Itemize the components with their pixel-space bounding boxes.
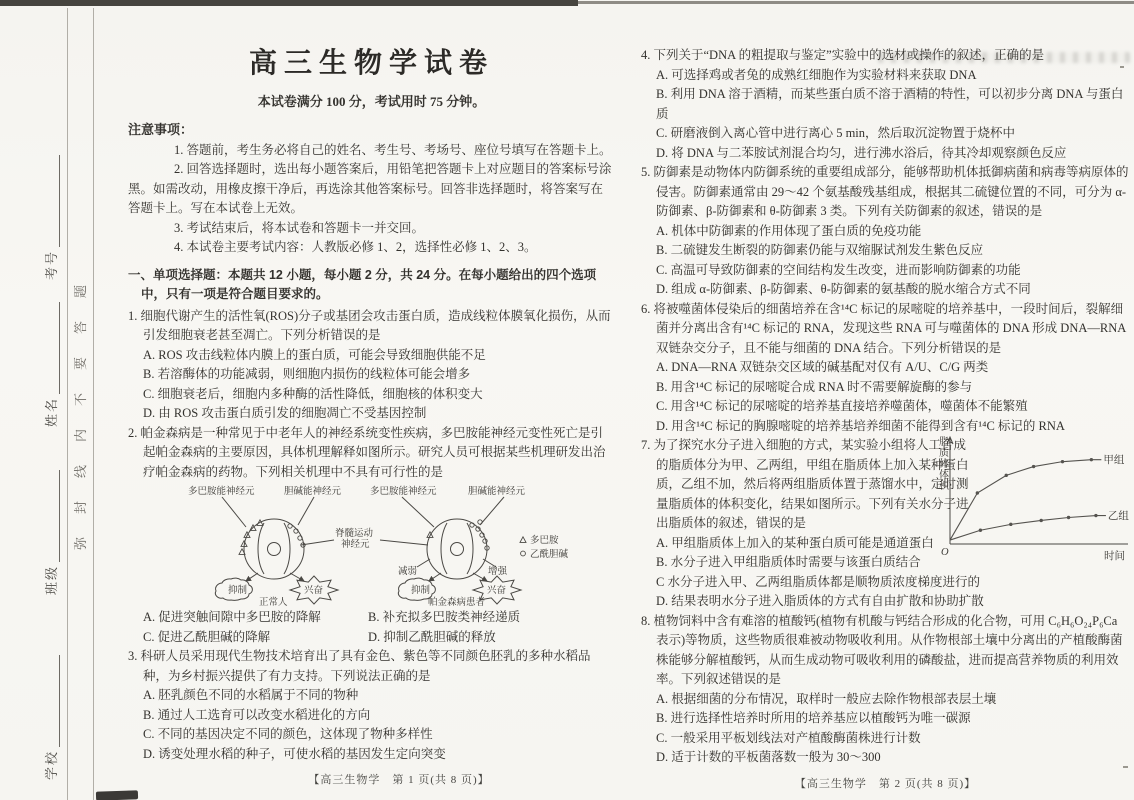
question-6-option-c: C. 用含¹⁴C 标记的尿嘧啶的培养基直接培养噬菌体，噬菌体不能繁殖 [641, 397, 1130, 417]
question-2-option-a: A. 促进突触间隙中多巴胺的降解 [143, 608, 368, 628]
field-exam-number-blank [47, 155, 60, 247]
question-1: 1. 细胞代谢产生的活性氧(ROS)分子或基团会攻击蛋白质，造成线粒体膜氧化损伤… [128, 307, 615, 424]
question-4-option-a: A. 可选择鸡或者兔的成熟红细胞作为实验材料来获取 DNA [641, 66, 1130, 86]
question-4-option-d: D. 将 DNA 与二苯胺试剂混合均匀，进行沸水浴后，待其冷却观察颜色反应 [641, 144, 1130, 164]
diagram-label-inhibit-left: 抑制 [228, 584, 247, 596]
question-8-stem: 8. 植物饲料中含有难溶的植酸钙(植物有机酸与钙结合形成的化合物，可用 C₆H₆… [641, 612, 1130, 690]
diagram-label-cholinergic-neuron-left: 胆碱能神经元 [284, 485, 342, 497]
exam-title: 高三生物学试卷 [128, 54, 615, 74]
diagram-label-inhibit-right: 抑制 [411, 584, 430, 596]
diagram-label-weaken: 减弱 [398, 565, 418, 577]
acetylcholine-markers [288, 520, 489, 550]
question-5-stem: 5. 防御素是动物体内防御系统的重要组成部分，能够帮助机体抵御病菌和病毒等病原体… [641, 163, 1130, 222]
question-5-option-a: A. 机体中防御素的作用体现了蛋白质的免疫功能 [641, 222, 1130, 242]
question-4-option-b: B. 利用 DNA 溶于酒精，而某些蛋白质不溶于酒精的特性，可以初步分离 DNA… [641, 85, 1130, 124]
diagram-label-spinal-motor-neuron-2: 神经元 [341, 538, 370, 550]
question-8: 8. 植物饲料中含有难溶的植酸钙(植物有机酸与钙结合形成的化合物，可用 C₆H₆… [641, 612, 1130, 768]
question-7: 脂质体体积 甲组 乙组 O 时间 7. 为了探究水分子进入细胞的方式，某实验小组… [641, 436, 1130, 612]
field-name-blank [47, 302, 60, 394]
q7-origin-label: O [941, 547, 949, 558]
question-2-option-c: C. 促进乙酰胆碱的降解 [143, 628, 368, 648]
seal-text: 弥封线内不要答题 [70, 262, 89, 550]
question-8-option-d: D. 适于计数的平板菌落数一般为 30～300 [641, 748, 1130, 768]
liposome-volume-chart: 甲组 乙组 O 时间 [932, 432, 1134, 564]
question-8-option-b: B. 进行选择性培养时所用的培养基应以植酸钙为唯一碳源 [641, 709, 1130, 729]
diagram-label-strengthen: 增强 [488, 565, 508, 577]
question-2-options: A. 促进突触间隙中多巴胺的降解 B. 补充拟多巴胺类神经递质 C. 促进乙酰胆… [128, 608, 615, 647]
section-heading: 一、单项选择题：本题共 12 小题，每小题 2 分，共 24 分。在每小题给出的… [128, 266, 615, 305]
diagram-label-dopaminergic-neuron-left: 多巴胺能神经元 [188, 485, 255, 497]
notice-item: 3. 考试结束后，将本试卷和答题卡一并交回。 [128, 219, 615, 239]
question-6: 6. 将被噬菌体侵染后的细菌培养在含¹⁴C 标记的尿嘧啶的培养基中，一段时间后，… [641, 300, 1130, 437]
diagram-legend-markers [520, 537, 526, 556]
exam-subtitle: 本试卷满分 100 分，考试用时 75 分钟。 [128, 92, 615, 112]
question-4-stem: 4. 下列关于“DNA 的粗提取与鉴定”实验中的选材或操作的叙述，正确的是 [641, 46, 1130, 66]
notice-heading: 注意事项： [128, 120, 615, 140]
question-7-stem: 7. 为了探究水分子进入细胞的方式，某实验小组将人工合成的脂质体分为甲、乙两组，… [641, 436, 975, 534]
scan-blot [96, 790, 138, 800]
question-7-option-c: C 水分子进入甲、乙两组脂质体都是顺物质浓度梯度进行的 [641, 573, 1130, 593]
question-2: 2. 帕金森病是一种常见于中老年人的神经系统变性疾病，多巴胺能神经元变性死亡是引… [128, 424, 615, 648]
question-3-option-c: C. 不同的基因决定不同的颜色，这体现了物种多样性 [128, 725, 615, 745]
question-3-option-b: B. 通过人工选育可以改变水稻进化的方向 [128, 706, 615, 726]
scan-edge-bar-light [578, 1, 1134, 4]
question-6-stem: 6. 将被噬菌体侵染后的细菌培养在含¹⁴C 标记的尿嘧啶的培养基中，一段时间后，… [641, 300, 1130, 359]
question-7-option-d: D. 结果表明水分子进入脂质体的方式有自由扩散和协助扩散 [641, 592, 1130, 612]
field-school-blank [47, 655, 60, 747]
question-2-option-b: B. 补充拟多巴胺类神经递质 [368, 608, 615, 628]
question-5-option-b: B. 二硫键发生断裂的防御素仍能与双缩脲试剂发生紫色反应 [641, 241, 1130, 261]
question-5-option-d: D. 组成 α-防御素、β-防御素、θ-防御素的氨基酸的脱水缩合方式不同 [641, 280, 1130, 300]
field-name-label: 姓名 [41, 397, 60, 427]
question-4-option-c: C. 研磨液倒入离心管中进行离心 5 min，然后取沉淀物置于烧杯中 [641, 124, 1130, 144]
q7-series-label-jia: 甲组 [1103, 454, 1125, 466]
exam-page-1: 高三生物学试卷 本试卷满分 100 分，考试用时 75 分钟。 注意事项： 1.… [128, 46, 615, 791]
diagram-label-excite-left: 兴奋 [304, 585, 324, 596]
field-school: 学校 [41, 655, 60, 780]
question-4: 4. 下列关于“DNA 的粗提取与鉴定”实验中的选材或操作的叙述，正确的是 A.… [641, 46, 1130, 163]
margin-student-fields: 考号 姓名 班级 学校 [37, 15, 67, 795]
question-6-option-a: A. DNA—RNA 双链杂交区域的碱基配对仅有 A/U、C/G 两类 [641, 358, 1130, 378]
question-3-stem: 3. 科研人员采用现代生物技术培育出了具有金色、紫色等不同颜色胚乳的多种水稻品种… [128, 647, 615, 686]
question-2-stem: 2. 帕金森病是一种常见于中老年人的神经系统变性疾病，多巴胺能神经元变性死亡是引… [128, 424, 615, 483]
q7-series-label-yi: 乙组 [1108, 510, 1129, 522]
question-3-option-a: A. 胚乳颜色不同的水稻属于不同的物种 [128, 686, 615, 706]
question-8-option-a: A. 根据细菌的分布情况，取样时一般应去除作物根部表层土壤 [641, 690, 1130, 710]
question-1-option-d: D. 由 ROS 攻击蛋白质引发的细胞凋亡不受基因控制 [128, 404, 615, 424]
field-exam-number: 考号 [41, 155, 60, 280]
question-5: 5. 防御素是动物体内防御系统的重要组成部分，能够帮助机体抵御病菌和病毒等病原体… [641, 163, 1130, 300]
diagram-legend-acetylcholine: 乙酰胆碱 [530, 548, 569, 560]
page-1-footer: 【高三生物学 第 1 页(共 8 页)】 [183, 771, 615, 791]
question-6-option-b: B. 用含¹⁴C 标记的尿嘧啶合成 RNA 时不需要解旋酶的参与 [641, 378, 1130, 398]
diagram-legend-dopamine: 多巴胺 [530, 534, 559, 546]
question-3: 3. 科研人员采用现代生物技术培育出了具有金色、紫色等不同颜色胚乳的多种水稻品种… [128, 647, 615, 764]
exam-page-2: 4. 下列关于“DNA 的粗提取与鉴定”实验中的选材或操作的叙述，正确的是 A.… [641, 46, 1130, 794]
field-class-label: 班级 [41, 565, 60, 595]
question-2-option-d: D. 抑制乙酰胆碱的释放 [368, 628, 615, 648]
field-name: 姓名 [41, 302, 60, 427]
q7-y-axis-label: 脂质体体积 [932, 436, 952, 491]
parkinson-mechanism-diagram: 多巴胺能神经元 胆碱能神经元 多巴胺能神经元 胆碱能神经元 脊髓运动 神经元 减… [174, 483, 574, 607]
field-exam-number-label: 考号 [41, 250, 60, 280]
question-5-option-c: C. 高温可导致防御素的空间结构发生改变，进而影响防御素的功能 [641, 261, 1130, 281]
notice-item: 4. 本试卷主要考试内容：人教版必修 1、2，选择性必修 1、2、3。 [128, 238, 615, 258]
field-school-label: 学校 [41, 750, 60, 780]
notice-item: 1. 答题前，考生务必将自己的姓名、考生号、考场号、座位号填写在答题卡上。 [128, 141, 615, 161]
diagram-label-cholinergic-neuron-right: 胆碱能神经元 [468, 485, 526, 497]
seal-strip: 弥封线内不要答题 [67, 15, 93, 795]
question-1-option-c: C. 细胞衰老后，细胞内多种酶的活性降低，细胞核的体积变大 [128, 385, 615, 405]
notice-item: 2. 回答选择题时，选出每小题答案后，用铅笔把答题卡上对应题目的答案标号涂黑。如… [128, 160, 615, 219]
scan-edge-bar-dark [0, 0, 578, 6]
q7-x-axis-label: 时间 [1104, 549, 1125, 562]
seal-line-outer [93, 8, 94, 800]
question-1-option-a: A. ROS 攻击线粒体内膜上的蛋白质，可能会导致细胞供能不足 [128, 346, 615, 366]
field-class: 班级 [41, 470, 60, 595]
diagram-caption-parkinson: 帕金森病患者 [428, 596, 486, 607]
page-2-footer: 【高三生物学 第 2 页(共 8 页)】 [641, 775, 1130, 795]
field-class-blank [47, 470, 60, 562]
diagram-label-spinal-motor-neuron-1: 脊髓运动 [335, 527, 374, 539]
question-1-option-b: B. 若溶酶体的功能减弱，则细胞内损伤的线粒体可能会增多 [128, 365, 615, 385]
question-2-figure: 多巴胺能神经元 胆碱能神经元 多巴胺能神经元 胆碱能神经元 脊髓运动 神经元 减… [174, 483, 574, 607]
diagram-caption-normal: 正常人 [259, 596, 288, 607]
diagram-label-excite-right: 兴奋 [487, 585, 507, 596]
diagram-label-dopaminergic-neuron-right: 多巴胺能神经元 [370, 485, 437, 497]
question-8-option-c: C. 一般采用平板划线法对产植酸酶菌株进行计数 [641, 729, 1130, 749]
question-3-option-d: D. 诱变处理水稻的种子，可使水稻的基因发生定向突变 [128, 745, 615, 765]
question-7-figure: 脂质体体积 甲组 乙组 O 时间 [932, 432, 1134, 564]
question-1-stem: 1. 细胞代谢产生的活性氧(ROS)分子或基团会攻击蛋白质，造成线粒体膜氧化损伤… [128, 307, 615, 346]
